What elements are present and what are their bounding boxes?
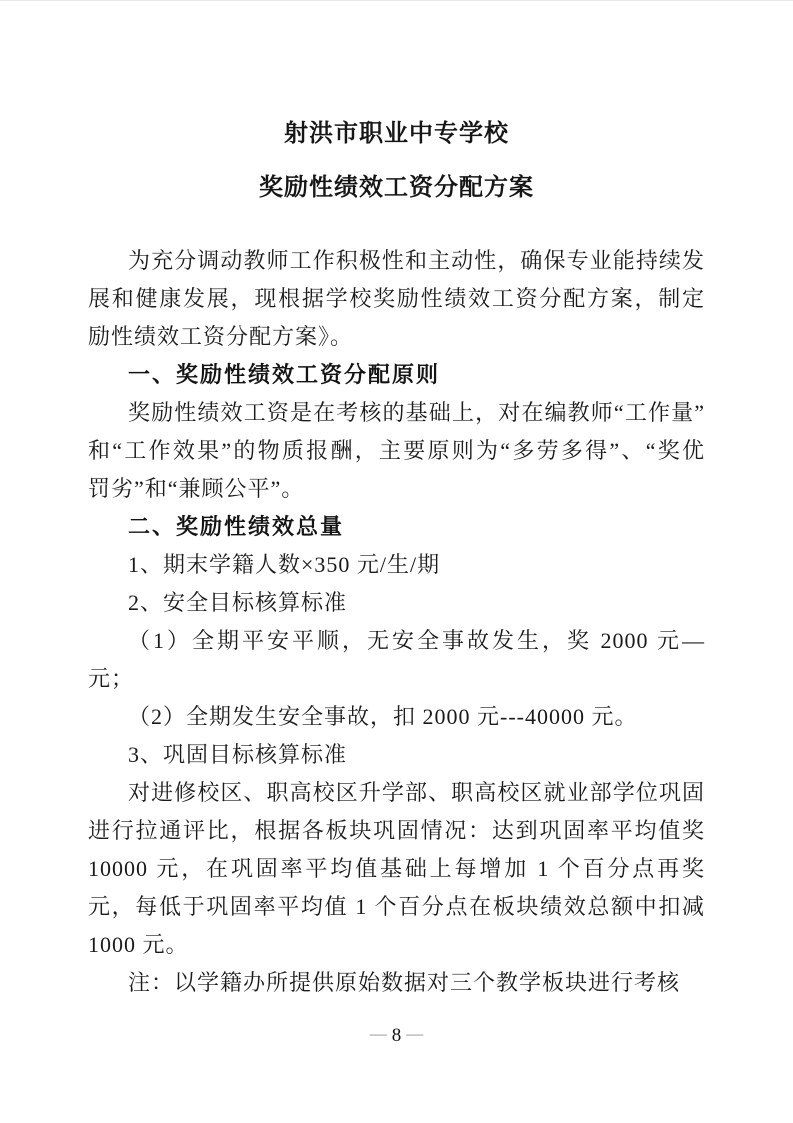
document-title-line-1: 射洪市职业中专学校	[88, 107, 705, 161]
intro-paragraph-line: 为充分调动教师工作积极性和主动性，确保专业能持续发	[88, 242, 705, 280]
note-line: 注：以学籍办所提供原始数据对三个教学板块进行考核	[88, 964, 705, 1002]
footer-dash-right: —	[406, 1024, 423, 1043]
safety-reward-clause-line: 元；	[88, 660, 705, 698]
retention-paragraph-line: 10000 元，在巩固率平均值基础上每增加 1 个百分点再奖 2000	[88, 850, 705, 888]
document-title-line-2: 奖励性绩效工资分配方案	[88, 161, 705, 215]
section-2-heading: 二、奖励性绩效总量	[88, 508, 705, 546]
safety-penalty-clause: （2）全期发生安全事故，扣 2000 元---40000 元。	[88, 698, 705, 736]
principle-paragraph-line: 和“工作效果”的物质报酬，主要原则为“多劳多得”、“奖优	[88, 432, 705, 470]
item-3-retention-standard: 3、巩固目标核算标准	[88, 736, 705, 774]
principle-paragraph-line: 罚劣”和“兼顾公平”。	[88, 470, 705, 508]
retention-paragraph-line: 1000 元。	[88, 926, 705, 964]
section-1-heading: 一、奖励性绩效工资分配原则	[88, 356, 705, 394]
intro-paragraph-line: 展和健康发展，现根据学校奖励性绩效工资分配方案，制定《奖	[88, 280, 705, 318]
retention-paragraph-line: 进行拉通评比，根据各板块巩固情况：达到巩固率平均值奖	[88, 812, 705, 850]
page-number: 8	[392, 1025, 402, 1046]
item-2-safety-standard: 2、安全目标核算标准	[88, 584, 705, 622]
footer-dash-left: —	[370, 1024, 387, 1043]
page-footer: —8—	[0, 1025, 793, 1047]
item-1-enrollment-formula: 1、期末学籍人数×350 元/生/期	[88, 546, 705, 584]
retention-paragraph-line: 元，每低于巩固率平均值 1 个百分点在板块绩效总额中扣减	[88, 888, 705, 926]
document-page: 射洪市职业中专学校 奖励性绩效工资分配方案 为充分调动教师工作积极性和主动性，确…	[0, 0, 793, 1123]
intro-paragraph-line: 励性绩效工资分配方案》。	[88, 318, 705, 356]
principle-paragraph-line: 奖励性绩效工资是在考核的基础上，对在编教师“工作量”	[88, 394, 705, 432]
retention-paragraph-line: 对进修校区、职高校区升学部、职高校区就业部学位巩固	[88, 774, 705, 812]
document-title: 射洪市职业中专学校 奖励性绩效工资分配方案	[88, 107, 705, 215]
document-body: 为充分调动教师工作积极性和主动性，确保专业能持续发 展和健康发展，现根据学校奖励…	[88, 242, 705, 1002]
safety-reward-clause-line: （1）全期平安平顺，无安全事故发生，奖 2000 元—40000	[88, 622, 705, 660]
